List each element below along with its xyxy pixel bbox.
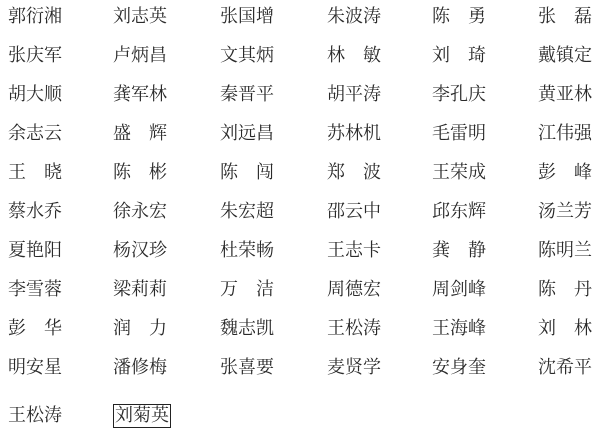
name-cell: 苏林机 (327, 123, 381, 145)
name-cell: 麦贤学 (327, 357, 381, 379)
name-cell: 安身奎 (432, 357, 486, 379)
name-cell: 彭 峰 (538, 162, 592, 184)
name-cell: 万 洁 (220, 279, 274, 301)
name-cell: 陈 闯 (220, 162, 274, 184)
name-cell: 朱波涛 (327, 6, 381, 28)
name-cell: 郭衍湘 (8, 6, 62, 28)
name-row-10: 明安星 潘修梅 张喜要 麦贤学 安身奎 沈希平 (0, 351, 599, 390)
name-cell: 汤兰芳 (538, 201, 592, 223)
name-cell: 梁莉莉 (113, 279, 167, 301)
name-cell: 戴镇定 (538, 45, 592, 67)
name-cell: 沈希平 (538, 357, 592, 379)
name-row-2: 张庆军 卢炳昌 文其炳 林 敏 刘 琦 戴镇定 (0, 39, 599, 78)
name-cell: 陈 丹 (538, 279, 592, 301)
name-cell: 邵云中 (327, 201, 381, 223)
name-cell: 黄亚林 (538, 84, 592, 106)
name-cell: 陈明兰 (538, 240, 592, 262)
name-cell: 徐永宏 (113, 201, 167, 223)
name-cell: 周剑峰 (432, 279, 486, 301)
name-cell: 胡平涛 (327, 84, 381, 106)
name-cell: 周德宏 (327, 279, 381, 301)
name-cell: 杜荣畅 (220, 240, 274, 262)
name-cell: 王志卡 (327, 240, 381, 262)
name-row-9: 彭 华 润 力 魏志凯 王松涛 王海峰 刘 林 (0, 312, 599, 351)
name-cell: 刘 林 (538, 318, 592, 340)
name-row-11: 王松涛 刘菊英 (0, 399, 599, 438)
name-cell: 杨汉珍 (113, 240, 167, 262)
name-cell: 彭 华 (8, 318, 62, 340)
name-cell: 刘远昌 (220, 123, 274, 145)
name-cell: 王荣成 (432, 162, 486, 184)
name-row-1: 郭衍湘 刘志英 张国增 朱波涛 陈 勇 张 磊 (0, 0, 599, 39)
name-row-3: 胡大顺 龚军林 秦晋平 胡平涛 李孔庆 黄亚林 (0, 78, 599, 117)
name-cell: 张国增 (220, 6, 274, 28)
name-cell: 王 晓 (8, 162, 62, 184)
name-cell: 余志云 (8, 123, 62, 145)
name-cell: 朱宏超 (220, 201, 274, 223)
highlighted-name-box: 刘菊英 (113, 404, 171, 428)
name-cell: 龚 静 (432, 240, 486, 262)
name-cell: 毛雷明 (432, 123, 486, 145)
name-cell: 陈 彬 (113, 162, 167, 184)
name-cell: 王松涛 (8, 405, 62, 427)
name-cell: 刘 琦 (432, 45, 486, 67)
name-cell: 夏艳阳 (8, 240, 62, 262)
name-row-8: 李雪蓉 梁莉莉 万 洁 周德宏 周剑峰 陈 丹 (0, 273, 599, 312)
name-row-4: 余志云 盛 辉 刘远昌 苏林机 毛雷明 江伟强 (0, 117, 599, 156)
name-cell: 明安星 (8, 357, 62, 379)
name-cell: 张 磊 (538, 6, 592, 28)
name-cell: 李雪蓉 (8, 279, 62, 301)
name-cell: 郑 波 (327, 162, 381, 184)
name-cell: 润 力 (113, 318, 167, 340)
name-cell: 陈 勇 (432, 6, 486, 28)
name-cell: 文其炳 (220, 45, 274, 67)
name-cell: 刘志英 (113, 6, 167, 28)
name-cell: 潘修梅 (113, 357, 167, 379)
name-cell: 邱东辉 (432, 201, 486, 223)
name-cell: 江伟强 (538, 123, 592, 145)
name-row-7: 夏艳阳 杨汉珍 杜荣畅 王志卡 龚 静 陈明兰 (0, 234, 599, 273)
name-cell: 胡大顺 (8, 84, 62, 106)
name-cell: 张喜要 (220, 357, 274, 379)
name-cell: 张庆军 (8, 45, 62, 67)
name-cell: 卢炳昌 (113, 45, 167, 67)
name-row-5: 王 晓 陈 彬 陈 闯 郑 波 王荣成 彭 峰 (0, 156, 599, 195)
name-cell: 盛 辉 (113, 123, 167, 145)
name-cell: 秦晋平 (220, 84, 274, 106)
name-cell: 龚军林 (113, 84, 167, 106)
name-list-grid: 郭衍湘 刘志英 张国增 朱波涛 陈 勇 张 磊 张庆军 卢炳昌 文其炳 林 敏 … (0, 0, 599, 441)
name-cell: 李孔庆 (432, 84, 486, 106)
name-cell: 王海峰 (432, 318, 486, 340)
name-cell: 魏志凯 (220, 318, 274, 340)
name-row-6: 蔡水乔 徐永宏 朱宏超 邵云中 邱东辉 汤兰芳 (0, 195, 599, 234)
name-cell: 王松涛 (327, 318, 381, 340)
name-cell: 蔡水乔 (8, 201, 62, 223)
name-cell: 林 敏 (327, 45, 381, 67)
